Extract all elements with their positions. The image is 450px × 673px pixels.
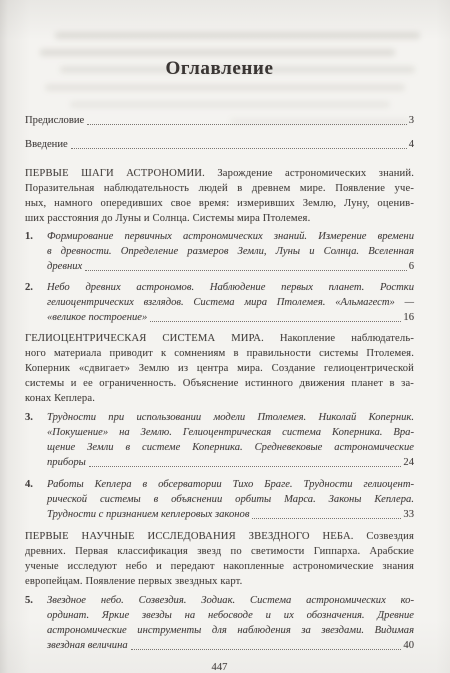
toc-item: 5. Звездное небо. Созвездия. Зодиак. Сис… [25, 593, 414, 653]
heading-line: ПЕРВЫЕ НАУЧНЫЕ ИССЛЕДОВАНИЯ ЗВЕЗДНОГО НЕ… [25, 529, 414, 544]
dot-leader [85, 270, 406, 271]
toc-entry: Предисловие 3 [25, 113, 414, 128]
toc-item-label: звездная величина [47, 638, 128, 653]
toc-item: 2. Небо древних астрономов. Наблюдение п… [25, 280, 414, 325]
dot-leader [131, 649, 402, 650]
toc-item: 1. Формирование первичных астрономически… [25, 229, 414, 274]
toc-item-page: 16 [403, 310, 414, 325]
toc-item-number: 3. [25, 410, 33, 425]
toc-item-number: 4. [25, 477, 33, 492]
heading-line: Коперник «сдвигает» Землю из центра мира… [25, 361, 414, 376]
toc-item-line: Формирование первичных астрономических з… [47, 229, 414, 244]
toc-item-last-line: звездная величина 40 [47, 638, 414, 653]
heading-line: системы и ее ограниченность. Объяснение … [25, 376, 414, 391]
toc-entry-label: Введение [25, 137, 68, 152]
toc-item-label: «великое построение» [47, 310, 147, 325]
toc-entry: Введение 4 [25, 137, 414, 152]
heading-line: Поразительная наблюдательность людей в д… [25, 181, 414, 196]
toc-item-last-line: приборы 24 [47, 455, 414, 470]
page-title: Оглавление [25, 57, 414, 81]
toc-item-page: 24 [403, 455, 414, 470]
toc-item-line: Трудности при использовании модели Птоле… [47, 410, 414, 425]
heading-line: конах Кеплера. [25, 391, 414, 406]
heading-line: ПЕРВЫЕ ШАГИ АСТРОНОМИИ. Зарождение астро… [25, 166, 414, 181]
toc-item: 4. Работы Кеплера в обсерватории Тихо Бр… [25, 477, 414, 522]
toc-item-line: Работы Кеплера в обсерватории Тихо Браге… [47, 477, 414, 492]
dot-leader [252, 518, 401, 519]
heading-line: ших расстояния до Луны и Солнца. Системы… [25, 211, 414, 226]
dot-leader [89, 466, 402, 467]
front-matter: Предисловие 3 Введение 4 [25, 113, 414, 152]
toc-item-last-line: «великое построение» 16 [47, 310, 414, 325]
toc-item-last-line: Трудности с признанием кеплеровых законо… [47, 507, 414, 522]
section-heading: ПЕРВЫЕ НАУЧНЫЕ ИССЛЕДОВАНИЯ ЗВЕЗДНОГО НЕ… [25, 529, 414, 589]
heading-line: ученые исследуют небо и передают накопле… [25, 559, 414, 574]
dot-leader [71, 148, 407, 149]
toc-entry-page: 4 [409, 137, 414, 152]
toc-item-page: 6 [409, 259, 414, 274]
toc-item-line: Звездное небо. Созвездия. Зодиак. Систем… [47, 593, 414, 608]
page-number: 447 [25, 660, 414, 673]
dot-leader [150, 321, 401, 322]
toc-entry-label: Предисловие [25, 113, 84, 128]
toc-item-line: Небо древних астрономов. Наблюдение перв… [47, 280, 414, 295]
toc-item-line: «Покушение» на Землю. Гелиоцентрическая … [47, 425, 414, 440]
toc-item-label: Трудности с признанием кеплеровых законо… [47, 507, 249, 522]
section-heading: ПЕРВЫЕ ШАГИ АСТРОНОМИИ. Зарождение астро… [25, 166, 414, 226]
heading-line: ных, намного опередивших свое время: изм… [25, 196, 414, 211]
heading-line: европейцам. Появление первых звездных ка… [25, 574, 414, 589]
toc-item-line: астрономические инструменты для наблюден… [47, 623, 414, 638]
toc-item-line: гелиоцентрических взглядов. Система мира… [47, 295, 414, 310]
toc-item-number: 2. [25, 280, 33, 295]
heading-line: ного материала приводит к сомнениям в пр… [25, 346, 414, 361]
book-page: Оглавление Предисловие 3 Введение 4 ПЕРВ… [0, 0, 450, 673]
toc-item-line: рической системы в объяснении орбиты Мар… [47, 492, 414, 507]
toc-item: 3. Трудности при использовании модели Пт… [25, 410, 414, 470]
toc-item-last-line: древних 6 [47, 259, 414, 274]
toc-item-label: приборы [47, 455, 86, 470]
toc-item-page: 40 [403, 638, 414, 653]
dot-leader [87, 124, 406, 125]
toc-item-line: щение Земли в системе Коперника. Среднев… [47, 440, 414, 455]
toc-item-number: 1. [25, 229, 33, 244]
toc-entry-page: 3 [409, 113, 414, 128]
section-heading: ГЕЛИОЦЕНТРИЧЕСКАЯ СИСТЕМА МИРА. Накоплен… [25, 331, 414, 406]
toc-item-label: древних [47, 259, 82, 274]
toc-item-line: ординат. Яркие звезды на небосводе и их … [47, 608, 414, 623]
toc-item-page: 33 [403, 507, 414, 522]
toc-content: Оглавление Предисловие 3 Введение 4 ПЕРВ… [25, 0, 414, 673]
toc-item-line: в древности. Определение размеров Земли,… [47, 244, 414, 259]
heading-line: ГЕЛИОЦЕНТРИЧЕСКАЯ СИСТЕМА МИРА. Накоплен… [25, 331, 414, 346]
heading-line: древних. Первая классификация звезд по с… [25, 544, 414, 559]
toc-item-number: 5. [25, 593, 33, 608]
